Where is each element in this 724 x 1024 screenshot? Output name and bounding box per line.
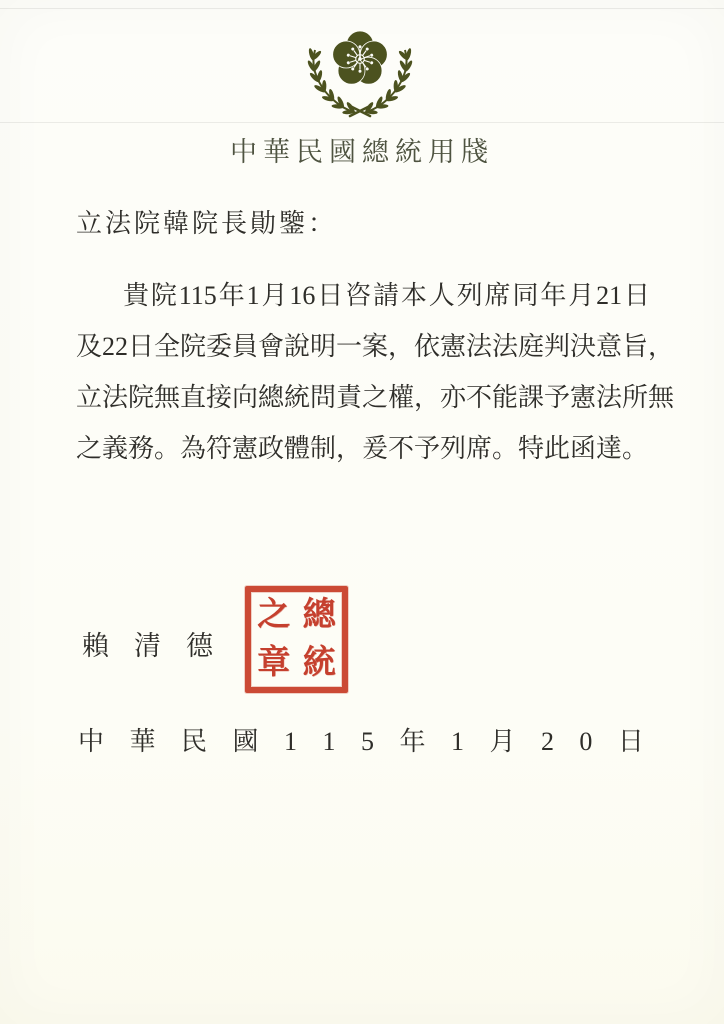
letter-body: 貴院115年1月16日咨請本人列席同年月21日及22日全院委員會說明一案，依憲法… xyxy=(76,270,650,474)
scan-artifact-line-under-emblem xyxy=(0,122,724,123)
date-character: 華 xyxy=(130,726,156,757)
body-line: 及22日全院委員會說明一案，依憲法法庭判決意旨， xyxy=(76,321,650,372)
date-character: 中 xyxy=(78,726,104,757)
date-character: 0 xyxy=(579,726,592,757)
date-character: 1 xyxy=(322,726,335,757)
date-character: 1 xyxy=(451,726,464,757)
plum-blossom-icon xyxy=(333,31,388,84)
date-character: 日 xyxy=(618,726,644,757)
date-character: 月 xyxy=(489,726,515,757)
seal-character: 之 xyxy=(257,599,290,632)
seal-character: 章 xyxy=(257,647,290,680)
signature-name: 賴清德 xyxy=(82,624,238,663)
date-character: 國 xyxy=(233,726,259,757)
scan-artifact-line-top xyxy=(0,8,724,9)
seal-character: 總 xyxy=(303,599,336,632)
salutation: 立法院韓院長勛鑒： xyxy=(76,203,337,240)
date-character: 年 xyxy=(399,726,425,757)
presidential-seal: 之總章統 xyxy=(245,586,348,693)
body-line: 之義務。為符憲政體制，爰不予列席。特此函達。 xyxy=(76,423,650,474)
body-line: 立法院無直接向總統問責之權，亦不能課予憲法所無 xyxy=(76,372,650,423)
date-line: 中華民國115年1月20日 xyxy=(78,726,644,757)
date-character: 1 xyxy=(284,726,297,757)
date-character: 5 xyxy=(361,726,374,757)
body-line: 貴院115年1月16日咨請本人列席同年月21日 xyxy=(76,270,650,321)
letter-page: 中華民國總統用牋 立法院韓院長勛鑒： 貴院115年1月16日咨請本人列席同年月2… xyxy=(0,0,724,1024)
date-character: 2 xyxy=(541,726,554,757)
seal-character: 統 xyxy=(303,647,336,680)
national-emblem-icon xyxy=(302,26,418,118)
date-character: 民 xyxy=(181,726,207,757)
letterhead-title: 中華民國總統用牋 xyxy=(0,130,724,169)
